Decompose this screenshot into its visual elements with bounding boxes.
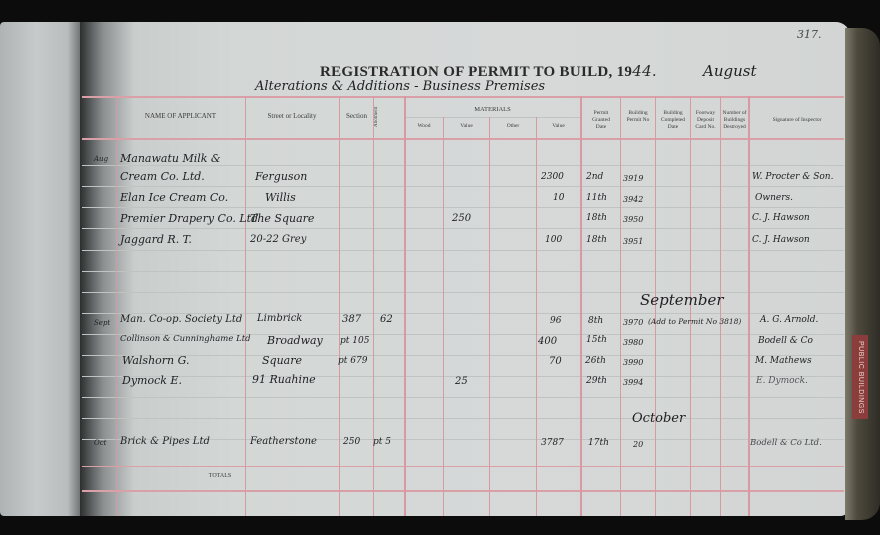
entry-name: Brick & Pipes Ltd — [120, 436, 210, 447]
entry-other-value: 2300 — [541, 172, 564, 182]
header-building-completed: Building Completed Date — [658, 110, 688, 131]
entry-wood-value: 250 — [452, 213, 471, 224]
month-marker-aug: Aug — [94, 155, 108, 163]
entry-other-value: 96 — [550, 316, 561, 326]
entry-permit-no: 3951 — [623, 237, 643, 246]
entry-date: 17th — [588, 438, 609, 448]
entry-street: 20-22 Grey — [250, 234, 306, 245]
side-tab[interactable]: PUBLIC BUILDINGS — [852, 335, 868, 419]
entry-signature: Bodell & Co Ltd. — [750, 438, 822, 448]
left-page — [0, 22, 90, 516]
entry-other-value: 3787 — [541, 438, 564, 448]
entry-permit-no: 3990 — [623, 358, 643, 367]
october-heading: October — [632, 411, 685, 426]
rule — [405, 117, 580, 118]
header-building-permit: Building Permit No — [624, 110, 652, 124]
col-rule — [489, 117, 490, 516]
entry-section: 387 — [342, 314, 361, 325]
entry-permit-no: 3942 — [623, 195, 643, 204]
entry-street: Willis — [265, 191, 296, 204]
entry-street: Broadway — [267, 334, 323, 347]
header-allotment: Allotment — [374, 102, 404, 132]
entry-signature: C. J. Hawson — [752, 235, 810, 245]
col-rule — [536, 117, 537, 516]
book-edge — [845, 28, 880, 520]
entry-section: pt 679 — [338, 356, 367, 366]
month-marker-sept: Sept — [94, 319, 110, 327]
col-rule — [748, 96, 750, 516]
entry-other-value: 10 — [553, 193, 564, 203]
entry-date: 15th — [586, 335, 607, 345]
rule — [82, 96, 844, 98]
header-other-value: Value — [537, 123, 580, 129]
header-wood: Wood — [405, 123, 443, 129]
entry-permit-no: 3980 — [623, 338, 643, 347]
title-year: 44. — [632, 62, 657, 80]
entry-name: Walshorn G. — [122, 354, 190, 367]
header-footway-deposit: Footway Deposit Card No. — [692, 110, 719, 131]
header-buildings-destroyed: Number of Buildings Destroyed — [721, 110, 748, 131]
header-materials: MATERIALS — [405, 106, 580, 113]
entry-name: Premier Drapery Co. Ltd — [120, 212, 258, 225]
col-rule — [404, 96, 406, 516]
entry-allotment: 62 — [380, 314, 393, 325]
rule — [82, 292, 844, 293]
entry-street: 91 Ruahine — [252, 373, 316, 386]
entry-signature: Bodell & Co — [758, 336, 813, 346]
september-heading: September — [640, 291, 724, 309]
entry-street: Featherstone — [250, 436, 317, 447]
header-name: NAME OF APPLICANT — [118, 112, 243, 120]
rule — [82, 355, 844, 356]
rule — [82, 186, 844, 187]
rule — [82, 138, 844, 140]
entry-street: Square — [262, 354, 302, 367]
totals-label: TOTALS — [190, 473, 250, 479]
rule — [82, 250, 844, 251]
header-signature: Signature of Inspector — [752, 117, 842, 123]
entry-permit-no: 3970 — [623, 318, 643, 327]
entry-date: 8th — [588, 316, 603, 326]
entry-street: Ferguson — [255, 170, 307, 183]
rule — [82, 490, 844, 492]
entry-name: Man. Co-op. Society Ltd — [120, 314, 242, 325]
entry-permit-no: 3950 — [623, 215, 643, 224]
entry-note: (Add to Permit No 3818) — [648, 317, 741, 326]
entry-other-value: 400 — [538, 336, 557, 347]
col-rule — [443, 117, 444, 516]
entry-signature: M. Mathews — [755, 356, 812, 366]
entry-date: 26th — [585, 356, 606, 366]
page-subtitle: Alterations & Additions - Business Premi… — [255, 79, 545, 94]
entry-permit-no: 3919 — [623, 174, 643, 183]
entry-signature: E. Dymock. — [756, 376, 808, 386]
entry-date: 11th — [586, 193, 607, 203]
entry-permit-no: 3994 — [623, 378, 643, 387]
header-wood-value: Value — [444, 123, 489, 129]
entry-street: Limbrick — [257, 313, 302, 324]
rule — [82, 207, 844, 208]
entry-date: 18th — [586, 213, 607, 223]
entry-name: Jaggard R. T. — [120, 233, 192, 246]
rule — [82, 418, 844, 419]
entry-date: 29th — [586, 376, 607, 386]
rule — [82, 165, 844, 166]
entry-section: 250 — [343, 437, 360, 447]
entry-wood-value: 25 — [455, 376, 468, 387]
col-rule — [245, 96, 246, 516]
rule — [82, 466, 844, 467]
entry-other-value: 100 — [545, 235, 562, 245]
entry-signature: A. G. Arnold. — [760, 315, 818, 325]
entry-permit-no: 20 — [633, 440, 643, 449]
month-marker-oct: Oct — [94, 439, 106, 447]
entry-allotment: pt 5 — [373, 437, 391, 447]
entry-name-line1: Manawatu Milk & — [120, 152, 221, 165]
rule — [82, 397, 844, 398]
col-rule — [116, 96, 117, 516]
col-rule — [620, 96, 621, 516]
entry-name: Elan Ice Cream Co. — [120, 191, 228, 204]
entry-section: pt 105 — [340, 336, 369, 346]
col-rule — [339, 96, 340, 516]
rule — [82, 228, 844, 229]
col-rule — [580, 96, 582, 516]
entry-signature: W. Procter & Son. — [752, 172, 833, 182]
header-other: Other — [490, 123, 536, 129]
header-permit-granted: Permit Granted Date — [588, 110, 614, 131]
header-section: Section — [340, 112, 373, 120]
entry-name: Cream Co. Ltd. — [120, 170, 205, 183]
page-number: 317. — [797, 28, 822, 41]
col-rule — [373, 96, 374, 516]
entry-other-value: 70 — [549, 356, 562, 367]
header-street: Street or Locality — [247, 112, 337, 120]
title-month: August — [703, 62, 756, 80]
entry-signature: C. J. Hawson — [752, 213, 810, 223]
entry-name: Dymock E. — [122, 374, 182, 387]
entry-signature: Owners. — [755, 193, 793, 203]
entry-street: The Square — [250, 212, 314, 225]
rule — [82, 271, 844, 272]
entry-date: 18th — [586, 235, 607, 245]
entry-date: 2nd — [586, 172, 603, 182]
entry-name: Collinson & Cunninghame Ltd — [120, 334, 251, 344]
title-printed: REGISTRATION OF PERMIT TO BUILD, 19 — [320, 64, 632, 80]
